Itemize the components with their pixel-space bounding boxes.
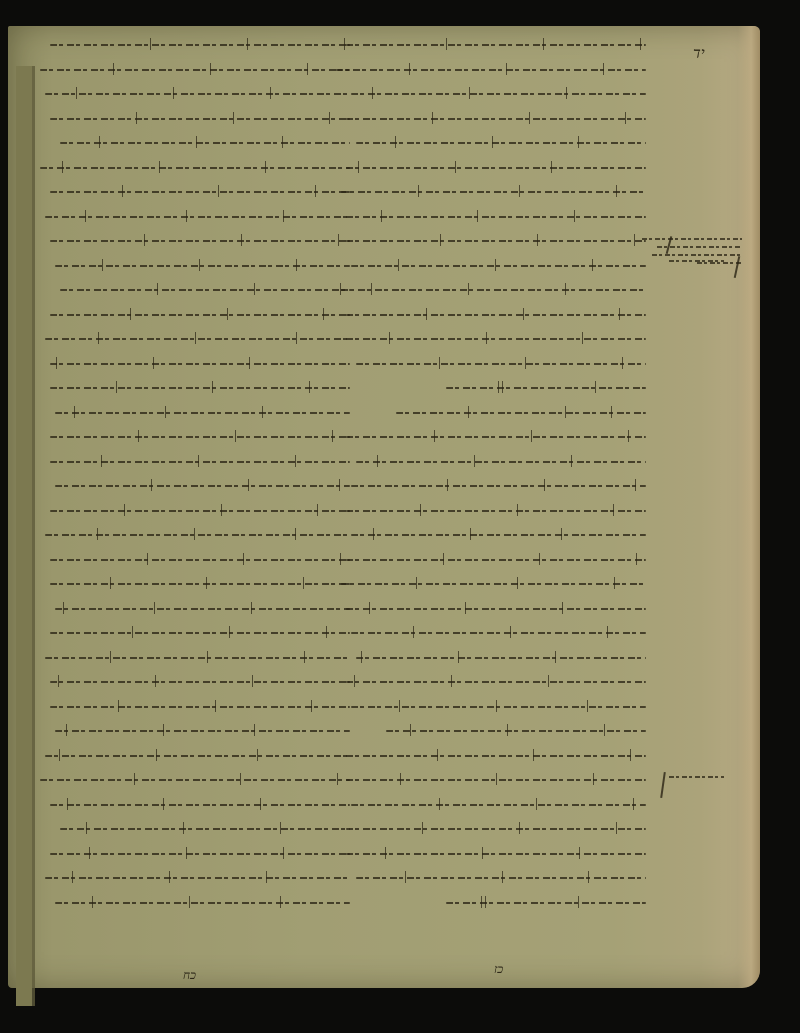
ink-ascender	[233, 112, 235, 124]
ink-ascender	[455, 161, 457, 173]
ink-ascender	[579, 847, 581, 859]
ink-ascender	[354, 675, 356, 687]
handwritten-line	[38, 896, 350, 911]
binding-margin-line	[32, 66, 35, 1006]
handwritten-line	[38, 626, 350, 641]
ink-stroke	[50, 510, 350, 512]
ink-ascender	[151, 479, 153, 491]
ink-ascender	[243, 553, 245, 565]
ink-ascender	[536, 798, 538, 810]
ink-ascender	[59, 749, 61, 761]
ink-ascender	[303, 577, 305, 589]
ink-ascender	[227, 308, 229, 320]
ink-ascender	[469, 87, 471, 99]
ink-stroke	[55, 608, 350, 610]
ink-ascender	[241, 234, 243, 246]
handwritten-line	[338, 577, 646, 592]
ink-ascender	[195, 332, 197, 344]
ink-ascender	[194, 528, 196, 540]
ink-ascender	[385, 847, 387, 859]
ink-ascender	[502, 381, 504, 393]
ink-stroke	[55, 412, 350, 414]
ink-ascender	[183, 822, 185, 834]
left-text-column	[38, 38, 350, 920]
ink-ascender	[86, 822, 88, 834]
ink-ascender	[283, 210, 285, 222]
ink-ascender	[270, 87, 272, 99]
ink-stroke	[346, 828, 646, 830]
ink-ascender	[173, 87, 175, 99]
handwritten-line	[38, 308, 350, 323]
ink-ascender	[495, 259, 497, 271]
ink-ascender	[635, 479, 637, 491]
handwritten-line	[338, 406, 646, 421]
ink-stroke	[60, 828, 350, 830]
ink-stroke	[45, 93, 350, 95]
ink-stroke	[346, 167, 646, 169]
handwritten-line	[38, 136, 350, 151]
ink-ascender	[372, 87, 374, 99]
ink-stroke	[45, 216, 350, 218]
ink-ascender	[99, 136, 101, 148]
ink-stroke	[55, 902, 350, 904]
ink-stroke	[50, 632, 350, 634]
ink-stroke	[351, 534, 646, 536]
handwritten-line	[38, 112, 350, 127]
ink-ascender	[451, 675, 453, 687]
ink-ascender	[426, 308, 428, 320]
ink-ascender	[395, 136, 397, 148]
ink-ascender	[529, 112, 531, 124]
ink-ascender	[311, 700, 313, 712]
ink-ascender	[625, 112, 627, 124]
ink-ascender	[295, 528, 297, 540]
ink-ascender	[339, 479, 341, 491]
ink-stroke	[446, 387, 646, 389]
ink-ascender	[506, 63, 508, 75]
ink-ascender	[566, 87, 568, 99]
ink-stroke	[40, 167, 350, 169]
ink-ascender	[588, 871, 590, 883]
margin-note-block-2	[664, 254, 724, 268]
ink-ascender	[58, 675, 60, 687]
ink-ascender	[562, 602, 564, 614]
handwritten-line	[38, 259, 350, 274]
ink-ascender	[458, 651, 460, 663]
ink-ascender	[309, 381, 311, 393]
ink-ascender	[519, 185, 521, 197]
handwritten-line	[38, 847, 350, 862]
handwritten-line	[338, 822, 646, 837]
ink-stroke	[346, 559, 646, 561]
ink-stroke	[356, 363, 646, 365]
ink-ascender	[477, 210, 479, 222]
ink-ascender	[134, 773, 136, 785]
ink-ascender	[474, 455, 476, 467]
ink-ascender	[613, 504, 615, 516]
ink-ascender	[486, 332, 488, 344]
handwritten-line	[38, 504, 350, 519]
ink-ascender	[206, 577, 208, 589]
handwritten-line	[38, 38, 350, 53]
ink-ascender	[254, 724, 256, 736]
handwritten-line	[338, 234, 646, 249]
ink-ascender	[465, 602, 467, 614]
ink-ascender	[636, 553, 638, 565]
ink-ascender	[110, 651, 112, 663]
folio-number: יד	[693, 44, 705, 63]
ink-ascender	[218, 185, 220, 197]
ink-ascender	[332, 430, 334, 442]
ink-ascender	[159, 161, 161, 173]
handwritten-line	[338, 161, 646, 176]
ink-ascender	[523, 308, 525, 320]
handwritten-line	[38, 161, 350, 176]
ink-stroke	[60, 142, 350, 144]
ink-ascender	[595, 381, 597, 393]
handwritten-line	[38, 651, 350, 666]
ink-ascender	[132, 626, 134, 638]
ink-ascender	[210, 63, 212, 75]
ink-stroke	[346, 118, 646, 120]
ink-ascender	[533, 749, 535, 761]
handwritten-line	[338, 430, 646, 445]
ink-ascender	[163, 798, 165, 810]
handwritten-line	[38, 87, 350, 102]
ink-ascender	[62, 161, 64, 173]
ink-ascender	[481, 896, 483, 908]
ink-ascender	[338, 234, 340, 246]
ink-stroke	[40, 69, 350, 71]
ink-ascender	[498, 381, 500, 393]
ink-ascender	[72, 871, 74, 883]
ink-ascender	[66, 724, 68, 736]
ink-ascender	[413, 626, 415, 638]
page-number-left: כח	[183, 968, 196, 983]
ink-stroke	[60, 289, 350, 291]
ink-ascender	[296, 259, 298, 271]
handwritten-line	[38, 430, 350, 445]
ink-ascender	[323, 308, 325, 320]
ink-stroke	[356, 657, 646, 659]
ink-ascender	[409, 63, 411, 75]
ink-ascender	[399, 700, 401, 712]
ink-ascender	[63, 602, 65, 614]
ink-ascender	[502, 871, 504, 883]
handwritten-line	[338, 553, 646, 568]
handwritten-line	[338, 651, 646, 666]
handwritten-line	[38, 406, 350, 421]
right-text-column	[338, 38, 646, 920]
ink-ascender	[410, 724, 412, 736]
handwritten-line	[338, 308, 646, 323]
ink-ascender	[373, 528, 375, 540]
ink-stroke	[50, 583, 350, 585]
ink-ascender	[496, 700, 498, 712]
ink-ascender	[400, 773, 402, 785]
ink-ascender	[249, 357, 251, 369]
ink-stroke	[351, 485, 646, 487]
ink-ascender	[113, 63, 115, 75]
ink-ascender	[157, 283, 159, 295]
handwritten-line	[338, 602, 646, 617]
ink-ascender	[76, 87, 78, 99]
ink-ascender	[371, 283, 373, 295]
handwritten-line	[38, 381, 350, 396]
ink-ascender	[251, 602, 253, 614]
ink-ascender	[257, 749, 259, 761]
ink-ascender	[440, 234, 442, 246]
ink-stroke	[55, 265, 350, 267]
ink-stroke	[50, 191, 350, 193]
handwritten-line	[38, 724, 350, 739]
ink-ascender	[418, 185, 420, 197]
ink-ascender	[235, 430, 237, 442]
ink-ascender	[156, 749, 158, 761]
handwritten-line	[38, 332, 350, 347]
handwritten-line	[338, 847, 646, 862]
ink-ascender	[485, 896, 487, 908]
ink-ascender	[340, 283, 342, 295]
ink-ascender	[492, 136, 494, 148]
ink-ascender	[262, 406, 264, 418]
ink-ascender	[296, 332, 298, 344]
handwritten-line	[38, 749, 350, 764]
ink-ascender	[544, 479, 546, 491]
handwritten-line	[338, 871, 646, 886]
ink-stroke	[50, 804, 350, 806]
ink-ascender	[340, 553, 342, 565]
handwritten-line	[338, 283, 646, 298]
ink-ascender	[282, 136, 284, 148]
handwritten-line	[338, 798, 646, 813]
ink-ascender	[517, 577, 519, 589]
ink-ascender	[155, 675, 157, 687]
handwritten-line	[338, 259, 646, 274]
ink-ascender	[422, 822, 424, 834]
ink-ascender	[92, 896, 94, 908]
ink-ascender	[548, 675, 550, 687]
ink-ascender	[85, 210, 87, 222]
ink-ascender	[326, 626, 328, 638]
handwritten-line	[38, 63, 350, 78]
ink-ascender	[329, 112, 331, 124]
handwritten-line	[38, 283, 350, 298]
ink-ascender	[603, 63, 605, 75]
handwritten-line	[338, 87, 646, 102]
ink-ascender	[198, 455, 200, 467]
ink-stroke	[351, 632, 646, 634]
handwritten-line	[38, 773, 350, 788]
ink-ascender	[89, 847, 91, 859]
ink-ascender	[616, 185, 618, 197]
ink-stroke	[45, 877, 350, 879]
ink-ascender	[229, 626, 231, 638]
handwritten-line	[338, 773, 646, 788]
ink-ascender	[551, 161, 553, 173]
ink-stroke	[50, 387, 350, 389]
ink-ascender	[614, 577, 616, 589]
handwritten-line	[338, 626, 646, 641]
ink-stroke	[356, 461, 646, 463]
ink-ascender	[265, 161, 267, 173]
handwritten-line	[338, 896, 646, 911]
ink-ascender	[116, 381, 118, 393]
ink-ascender	[215, 700, 217, 712]
ink-ascender	[186, 210, 188, 222]
handwritten-line	[38, 871, 350, 886]
ink-stroke	[50, 44, 350, 46]
handwritten-line	[338, 675, 646, 690]
ink-ascender	[565, 406, 567, 418]
ink-stroke	[351, 265, 646, 267]
ink-stroke	[346, 436, 646, 438]
ink-stroke	[346, 755, 646, 757]
ink-ascender	[468, 283, 470, 295]
ink-ascender	[344, 38, 346, 50]
ink-stroke	[346, 338, 646, 340]
ink-ascender	[592, 259, 594, 271]
ink-ascender	[118, 700, 120, 712]
ink-ascender	[358, 161, 360, 173]
ink-ascender	[593, 773, 595, 785]
ink-ascender	[189, 896, 191, 908]
ink-ascender	[539, 553, 541, 565]
ink-ascender	[130, 308, 132, 320]
ink-stroke	[356, 142, 646, 144]
ink-ascender	[186, 847, 188, 859]
ink-ascender	[496, 773, 498, 785]
ink-stroke	[55, 730, 350, 732]
handwritten-line	[338, 749, 646, 764]
handwritten-line	[38, 528, 350, 543]
handwritten-line	[338, 357, 646, 372]
ink-ascender	[447, 479, 449, 491]
ink-ascender	[337, 773, 339, 785]
ink-stroke	[341, 583, 646, 585]
ink-ascender	[630, 749, 632, 761]
handwritten-line	[338, 112, 646, 127]
ink-stroke	[341, 289, 646, 291]
ink-ascender	[56, 357, 58, 369]
ink-ascender	[565, 283, 567, 295]
ink-ascender	[607, 626, 609, 638]
ink-ascender	[439, 357, 441, 369]
ink-ascender	[543, 38, 545, 50]
handwritten-line	[38, 479, 350, 494]
ink-ascender	[98, 332, 100, 344]
handwritten-line	[38, 675, 350, 690]
ink-ascender	[578, 896, 580, 908]
handwritten-line	[38, 602, 350, 617]
ink-ascender	[102, 259, 104, 271]
ink-stroke	[346, 853, 646, 855]
ink-ascender	[196, 136, 198, 148]
ink-ascender	[317, 504, 319, 516]
ink-stroke	[50, 461, 350, 463]
ink-ascender	[169, 871, 171, 883]
ink-ascender	[519, 822, 521, 834]
ink-ascender	[221, 504, 223, 516]
ink-ascender	[304, 651, 306, 663]
ink-ascender	[622, 357, 624, 369]
ink-ascender	[97, 528, 99, 540]
ink-ascender	[122, 185, 124, 197]
ink-ascender	[437, 749, 439, 761]
ink-ascender	[434, 430, 436, 442]
ink-ascender	[633, 798, 635, 810]
ink-stroke	[50, 118, 350, 120]
ink-ascender	[531, 430, 533, 442]
ink-ascender	[571, 455, 573, 467]
ink-ascender	[587, 700, 589, 712]
ink-ascender	[266, 871, 268, 883]
ink-ascender	[416, 577, 418, 589]
handwritten-line	[338, 724, 646, 739]
ink-ascender	[295, 455, 297, 467]
ink-ascender	[165, 406, 167, 418]
ink-ascender	[144, 234, 146, 246]
handwritten-line	[38, 210, 350, 225]
handwritten-line	[38, 700, 350, 715]
ink-ascender	[537, 234, 539, 246]
ink-ascender	[616, 822, 618, 834]
ink-stroke	[45, 338, 350, 340]
ink-ascender	[147, 553, 149, 565]
ink-ascender	[525, 357, 527, 369]
ink-stroke	[336, 69, 646, 71]
ink-ascender	[561, 528, 563, 540]
ink-ascender	[280, 896, 282, 908]
ink-ascender	[574, 210, 576, 222]
ink-stroke	[50, 363, 350, 365]
handwritten-line	[38, 357, 350, 372]
ink-ascender	[110, 577, 112, 589]
ink-stroke	[45, 534, 350, 536]
ink-ascender	[163, 724, 165, 736]
ink-ascender	[405, 871, 407, 883]
ink-stroke	[50, 706, 350, 708]
ink-stroke	[346, 608, 646, 610]
ink-ascender	[150, 38, 152, 50]
ink-ascender	[482, 847, 484, 859]
ink-ascender	[240, 773, 242, 785]
ink-ascender	[280, 822, 282, 834]
ink-ascender	[389, 332, 391, 344]
handwritten-line	[338, 210, 646, 225]
ink-ascender	[432, 112, 434, 124]
handwritten-line	[338, 479, 646, 494]
ink-stroke	[386, 730, 646, 732]
ink-ascender	[578, 136, 580, 148]
ink-ascender	[153, 357, 155, 369]
ink-ascender	[369, 602, 371, 614]
ink-ascender	[67, 798, 69, 810]
ink-ascender	[248, 479, 250, 491]
ink-ascender	[381, 210, 383, 222]
handwritten-line	[38, 185, 350, 200]
ink-ascender	[510, 626, 512, 638]
ink-ascender	[361, 651, 363, 663]
ink-stroke	[50, 681, 350, 683]
ink-ascender	[138, 430, 140, 442]
ink-ascender	[517, 504, 519, 516]
handwritten-line	[338, 136, 646, 151]
ink-ascender	[640, 38, 642, 50]
handwritten-line	[38, 455, 350, 470]
handwritten-line	[38, 234, 350, 249]
ink-stroke	[50, 240, 350, 242]
